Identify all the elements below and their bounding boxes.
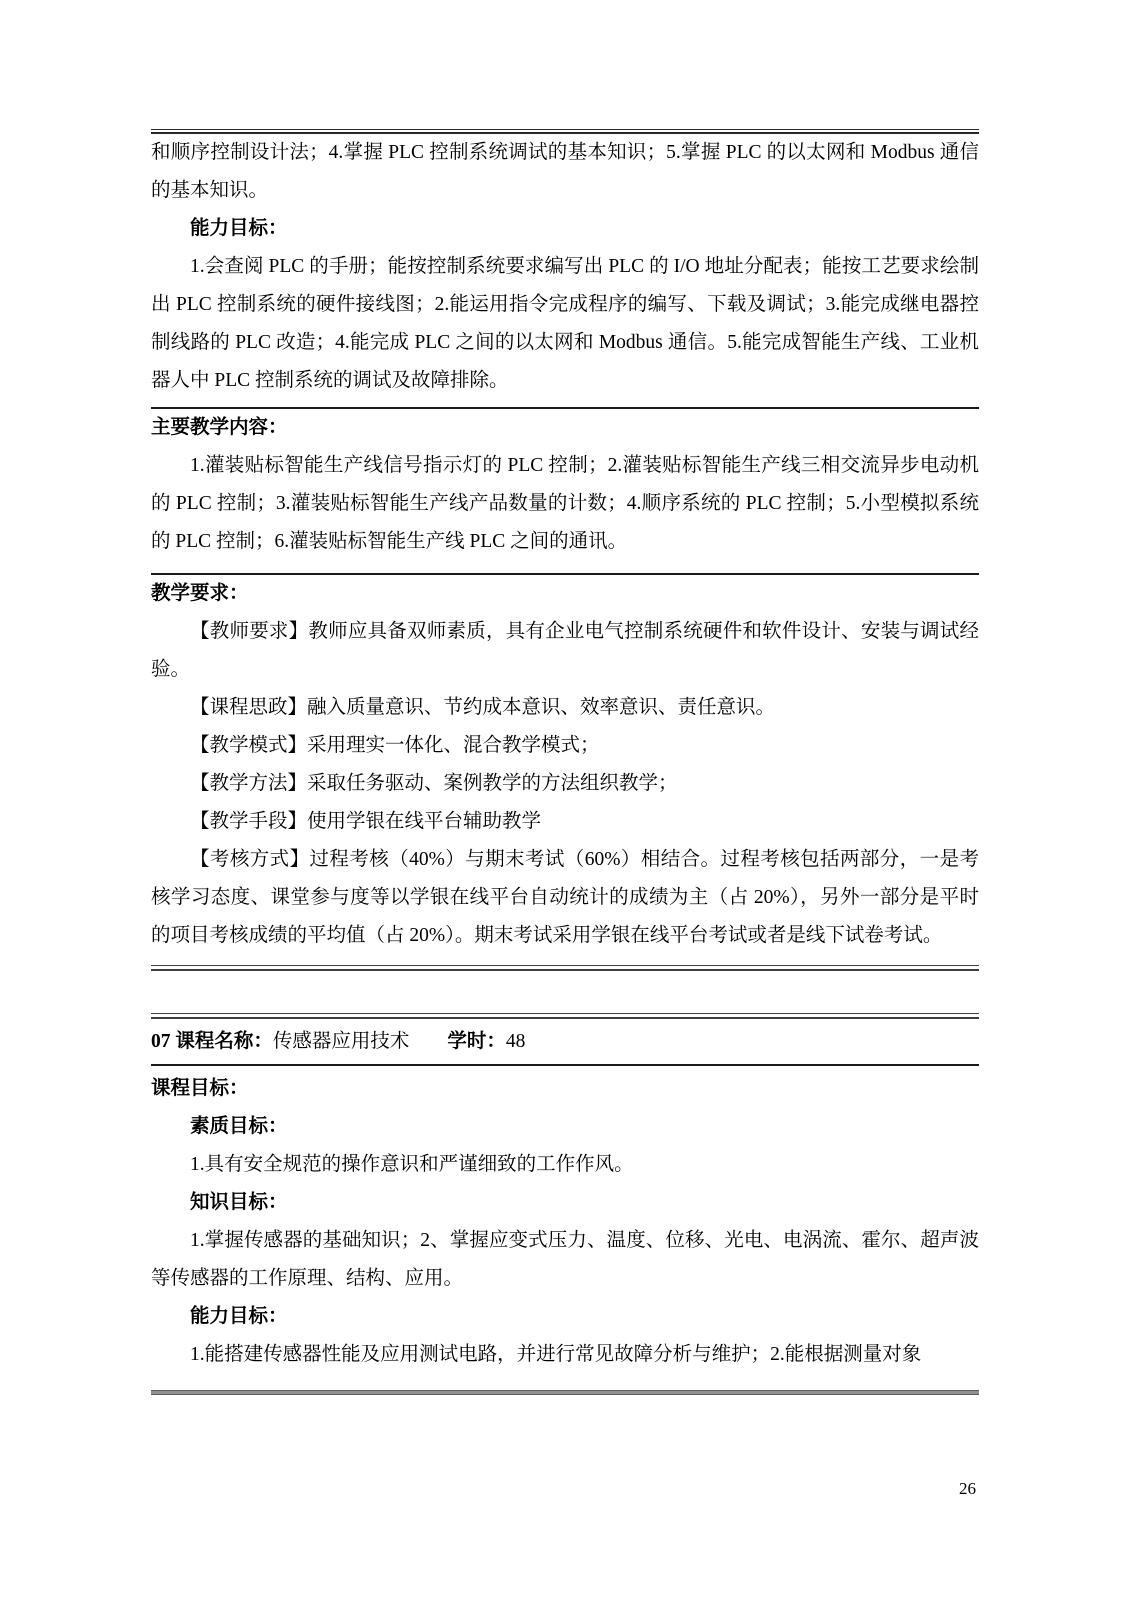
course07-name: 传感器应用技术 bbox=[273, 1031, 410, 1052]
course06-ability-text: 1.会查阅 PLC 的手册；能按控制系统要求编写出 PLC 的 I/O 地址分配… bbox=[151, 248, 979, 400]
course06-content-text: 1.灌装贴标智能生产线信号指示灯的 PLC 控制；2.灌装贴标智能生产线三相交流… bbox=[151, 447, 979, 561]
course06-ability-heading: 能力目标： bbox=[151, 210, 979, 248]
page-break-table-border bbox=[151, 1390, 979, 1395]
course06-req-teacher: 【教师要求】教师应具备双师素质，具有企业电气控制系统硬件和软件设计、安装与调试经… bbox=[151, 613, 979, 689]
table-top-border bbox=[151, 1013, 979, 1019]
course06-content-heading: 主要教学内容： bbox=[151, 409, 979, 447]
course07-ability-text: 1.能搭建传感器性能及应用测试电路，并进行常见故障分析与维护；2.能根据测量对象 bbox=[151, 1336, 979, 1374]
course07-knowledge-text: 1.掌握传感器的基础知识；2、掌握应变式压力、温度、位移、光电、电涡流、霍尔、超… bbox=[151, 1222, 979, 1298]
course07-title-row: 07 课程名称：传感器应用技术学时：48 bbox=[151, 1023, 979, 1061]
course07-goals-heading: 课程目标： bbox=[151, 1070, 979, 1108]
course06-req-ideology: 【课程思政】融入质量意识、节约成本意识、效率意识、责任意识。 bbox=[151, 689, 979, 727]
course07-knowledge-heading: 知识目标： bbox=[151, 1184, 979, 1222]
course06-req-method: 【教学方法】采取任务驱动、案例教学的方法组织教学； bbox=[151, 765, 979, 803]
course07-ability-heading: 能力目标： bbox=[151, 1298, 979, 1336]
row-divider bbox=[151, 1064, 979, 1066]
table-bottom-border bbox=[151, 965, 979, 971]
course07-hours-label: 学时： bbox=[447, 1031, 506, 1052]
course07-hours-value: 48 bbox=[506, 1031, 526, 1052]
course07-title-label: 07 课程名称： bbox=[151, 1031, 273, 1052]
course06-req-assessment: 【考核方式】过程考核（40%）与期末考试（60%）相结合。过程考核包括两部分，一… bbox=[151, 841, 979, 955]
course06-knowledge-continuation: 和顺序控制设计法；4.掌握 PLC 控制系统调试的基本知识；5.掌握 PLC 的… bbox=[151, 134, 979, 210]
document-page: 和顺序控制设计法；4.掌握 PLC 控制系统调试的基本知识；5.掌握 PLC 的… bbox=[151, 0, 979, 1395]
course06-req-mode: 【教学模式】采用理实一体化、混合教学模式； bbox=[151, 727, 979, 765]
course06-req-means: 【教学手段】使用学银在线平台辅助教学 bbox=[151, 803, 979, 841]
course06-requirements-heading: 教学要求： bbox=[151, 575, 979, 613]
course07-quality-heading: 素质目标： bbox=[151, 1108, 979, 1146]
course07-quality-text: 1.具有安全规范的操作意识和严谨细致的工作作风。 bbox=[151, 1146, 979, 1184]
page-number: 26 bbox=[959, 1478, 976, 1500]
